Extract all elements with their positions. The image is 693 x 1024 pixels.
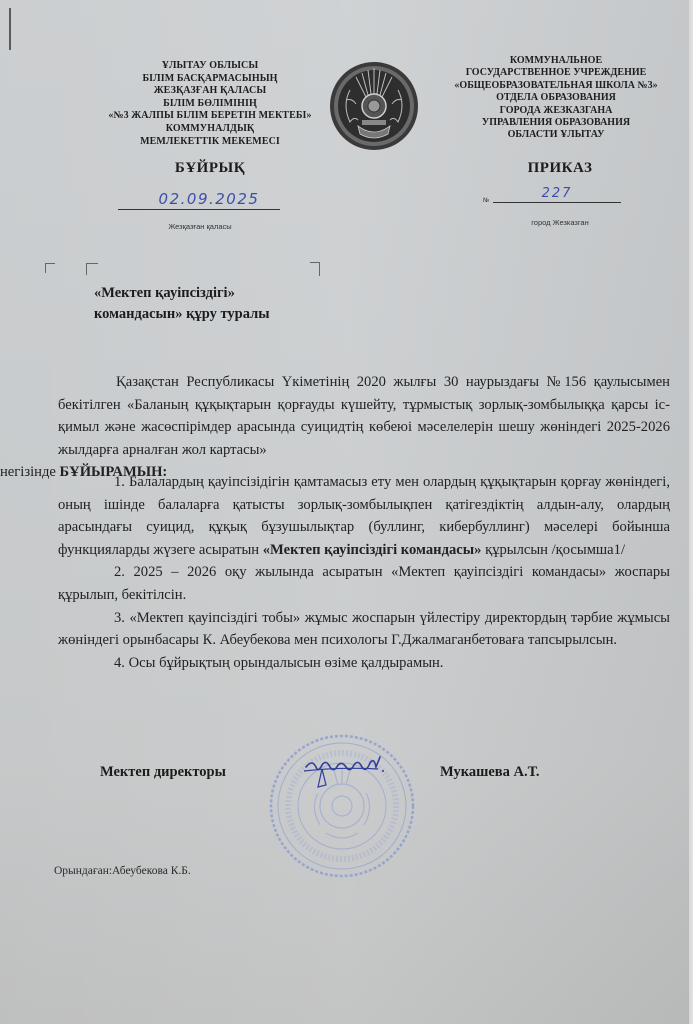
subject-line: «Мектеп қауіпсіздігі»	[94, 283, 270, 304]
paper-edge	[689, 0, 693, 1024]
order-type-kz: БҰЙРЫҚ	[150, 160, 270, 177]
header-ru-line: ГОСУДАРСТВЕННОЕ УЧРЕЖДЕНИЕ	[436, 67, 676, 79]
header-kz: ҰЛЫТАУ ОБЛЫСЫ БІЛІМ БАСҚАРМАСЫНЫҢ ЖЕЗҚАЗ…	[96, 60, 324, 148]
header-ru-line: ОБЛАСТИ ҰЛЫТАУ	[436, 129, 676, 141]
header-kz-line: БІЛІМ БӨЛІМІНІҢ	[96, 98, 324, 111]
header-ru-line: «ОБЩЕОБРАЗОВАТЕЛЬНАЯ ШКОЛА №3»	[436, 80, 676, 92]
signer-name: Мукашева А.Т.	[440, 764, 539, 781]
signer-title: Мектеп директоры	[100, 764, 226, 781]
order-item-1: 1. Балалардың қауіпсізідігін қамтамасыз …	[58, 471, 670, 561]
executor-line: Орындаған:Абеубекова К.Б.	[54, 865, 191, 877]
header-kz-line: ҰЛЫТАУ ОБЛЫСЫ	[96, 60, 324, 73]
item-text: 4. Осы бұйрықтың орындалысын өзіме қалды…	[114, 655, 443, 671]
order-item-3: 3. «Мектеп қауіпсіздігі тобы» жұмыс жосп…	[58, 607, 670, 652]
city-ru: город Жезказган	[500, 218, 620, 227]
item-text: 3. «Мектеп қауіпсіздігі тобы» жұмыс жосп…	[58, 610, 670, 649]
order-number: 227	[493, 186, 621, 203]
order-item-2: 2. 2025 – 2026 оқу жылында асыратын «Мек…	[58, 561, 670, 606]
order-type-ru: ПРИКАЗ	[500, 160, 620, 177]
item-text: 2. 2025 – 2026 оқу жылында асыратын «Мек…	[58, 564, 670, 603]
header-kz-line: БІЛІМ БАСҚАРМАСЫНЫҢ	[96, 73, 324, 86]
state-emblem-icon	[328, 60, 420, 152]
item-tail: құрылсын /қосымша1/	[481, 542, 625, 558]
edge-mark	[9, 8, 11, 50]
corner-mark	[45, 263, 55, 273]
header-ru-line: ОТДЕЛА ОБРАЗОВАНИЯ	[436, 92, 676, 104]
header-ru-line: УПРАВЛЕНИЯ ОБРАЗОВАНИЯ	[436, 117, 676, 129]
order-item-4: 4. Осы бұйрықтың орындалысын өзіме қалды…	[58, 652, 670, 675]
order-number-label: №	[483, 197, 489, 204]
order-items: 1. Балалардың қауіпсізідігін қамтамасыз …	[58, 471, 670, 674]
order-date: 02.09.2025	[118, 190, 280, 210]
handwritten-signature-icon	[300, 753, 400, 793]
header-ru: КОММУНАЛЬНОЕ ГОСУДАРСТВЕННОЕ УЧРЕЖДЕНИЕ …	[436, 55, 676, 142]
header-ru-line: ГОРОДА ЖЕЗКАЗГАНА	[436, 105, 676, 117]
document-page: ҰЛЫТАУ ОБЛЫСЫ БІЛІМ БАСҚАРМАСЫНЫҢ ЖЕЗҚАЗ…	[0, 0, 693, 1024]
header-kz-line: «№3 ЖАЛПЫ БІЛІМ БЕРЕТІН МЕКТЕБІ»	[96, 110, 324, 123]
header-kz-line: КОММУНАЛДЫҚ	[96, 123, 324, 136]
subject-line: командасын» құру туралы	[94, 304, 270, 325]
item-bold: «Мектеп қауіпсіздігі командасы»	[263, 542, 482, 558]
header-kz-line: ЖЕЗҚАЗҒАН ҚАЛАСЫ	[96, 85, 324, 98]
corner-mark	[310, 262, 320, 276]
intro-paragraph: Қазақстан Республикасы Үкіметінің 2020 ж…	[58, 371, 670, 484]
header-ru-line: КОММУНАЛЬНОЕ	[436, 55, 676, 67]
header-kz-line: МЕМЛЕКЕТТІК МЕКЕМЕСІ	[96, 136, 324, 149]
intro-tail: негізінде	[0, 464, 60, 480]
city-kz: Жезқазған қаласы	[140, 222, 260, 231]
corner-mark	[86, 263, 98, 275]
order-subject: «Мектеп қауіпсіздігі» командасын» құру т…	[94, 283, 270, 325]
intro-text: Қазақстан Республикасы Үкіметінің 2020 ж…	[58, 374, 670, 458]
